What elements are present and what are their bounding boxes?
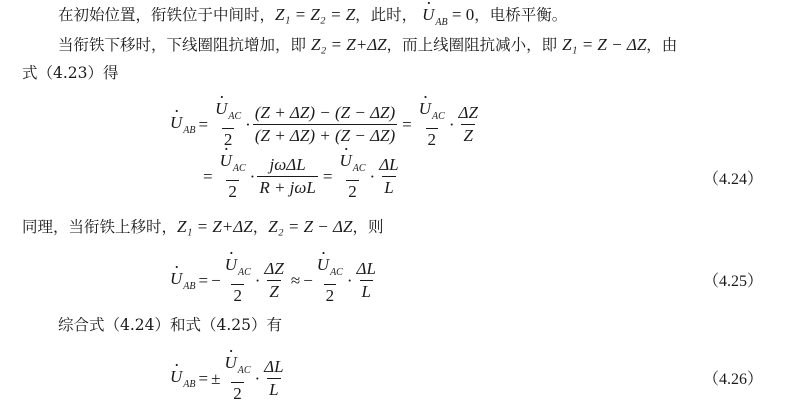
paragraph-initial-position: 在初始位置，衔铁位于中间时，Z₁ = Z₂ = Z，此时， UAB = 0，电桥…: [58, 4, 567, 34]
fraction-delta-z-ratio: (Z + ΔZ) − (Z − ΔZ)(Z + ΔZ) + (Z − ΔZ): [253, 102, 397, 147]
numerator: jωΔL: [268, 154, 308, 176]
numerator: ΔL: [355, 258, 378, 280]
equals: =: [323, 167, 333, 187]
equals: =: [199, 271, 209, 291]
fraction-dl-over-l: ΔLL: [355, 258, 378, 303]
denominator: 2: [324, 284, 337, 307]
plus-minus: ±: [211, 369, 220, 389]
subscript: AC: [238, 267, 251, 278]
math-z1: Z₁ = Z − ΔZ: [562, 35, 646, 54]
minus: −: [303, 271, 313, 291]
numerator: ΔL: [262, 356, 285, 378]
fraction-uac-over-2: UAC2: [417, 98, 447, 151]
fraction-uac-over-2: UAC2: [315, 254, 345, 307]
subscript: AC: [238, 365, 251, 376]
dot-operator: ·: [347, 271, 353, 291]
subscript: AC: [330, 267, 343, 278]
equation-number-426: （4.26）: [703, 366, 763, 389]
equation-424-line1: UAB = UAC2 · (Z + ΔZ) − (Z − ΔZ)(Z + ΔZ)…: [170, 98, 482, 151]
denominator: 2: [346, 180, 359, 203]
math-uab-zero: UAB = 0: [422, 5, 474, 24]
equals: =: [199, 115, 209, 135]
u-dot: U: [422, 4, 434, 26]
value: = 0: [452, 5, 474, 24]
denominator: L: [382, 176, 395, 199]
math-z2: Z₂ = Z+ΔZ: [311, 35, 387, 54]
numerator: ΔZ: [457, 102, 480, 124]
equals: =: [203, 167, 213, 187]
denominator: Z: [267, 280, 280, 303]
dot-operator: ·: [449, 115, 455, 135]
text: 综合式（4.24）和式（4.25）有: [58, 316, 282, 334]
math-z1: Z₁ = Z+ΔZ: [177, 217, 253, 236]
subscript: AB: [183, 379, 195, 390]
u-dot: U: [339, 150, 351, 172]
numerator: ΔL: [377, 154, 400, 176]
text: ，由: [646, 36, 677, 54]
dot-operator: ·: [245, 115, 251, 135]
dot-operator: ·: [255, 369, 261, 389]
text: 式（4.23）得: [22, 64, 119, 82]
dot-operator: ·: [370, 167, 376, 187]
paragraph-combine: 综合式（4.24）和式（4.25）有: [58, 314, 282, 336]
u-dot: U: [317, 254, 329, 276]
text: ，而上线圈阻抗减小，即: [387, 36, 562, 54]
subscript: AB: [183, 125, 195, 136]
denominator: L: [360, 280, 373, 303]
u-dot: U: [170, 269, 182, 289]
dot-operator: ·: [255, 271, 261, 291]
fraction-uac-over-2: UAC2: [218, 150, 248, 203]
text: 当衔铁下移时，下线圈阻抗增加，即: [58, 36, 311, 54]
lhs-uab: UAB: [170, 113, 196, 136]
equals: =: [402, 115, 412, 135]
numerator: ΔZ: [262, 258, 285, 280]
text: ，电桥平衡。: [474, 6, 567, 24]
lhs-uab: UAB: [170, 367, 196, 390]
fraction-dz-over-z: ΔZZ: [262, 258, 285, 303]
fraction-dl-over-l: ΔLL: [262, 356, 285, 401]
text: 同理，当衔铁上移时，: [22, 218, 177, 236]
fraction-uac-over-2: UAC2: [337, 150, 367, 203]
u-dot: U: [170, 113, 182, 133]
dot-operator: ·: [250, 167, 256, 187]
equation-number-424: （4.24）: [703, 166, 763, 189]
denominator: (Z + ΔZ) + (Z − ΔZ): [253, 124, 397, 147]
subscript: AB: [435, 17, 447, 28]
equation-424-line2: = UAC2 · jωΔLR + jωL = UAC2 · ΔLL: [200, 150, 403, 203]
text: 在初始位置，衔铁位于中间时，: [58, 6, 275, 24]
u-dot: U: [419, 98, 431, 120]
denominator: 2: [231, 382, 244, 405]
text: ，: [253, 218, 269, 236]
denominator: 2: [231, 284, 244, 307]
paragraph-ref-423: 式（4.23）得: [22, 62, 119, 84]
denominator: Z: [461, 124, 474, 147]
fraction-jwdl: jωΔLR + jωL: [257, 154, 318, 199]
minus: −: [211, 271, 221, 291]
subscript: AC: [233, 163, 246, 174]
text: ，此时，: [355, 6, 417, 24]
u-dot: U: [224, 352, 236, 374]
fraction-dl-over-l: ΔLL: [377, 154, 400, 199]
denominator: L: [267, 378, 280, 401]
paragraph-armature-up: 同理，当衔铁上移时，Z₁ = Z+ΔZ，Z₂ = Z − ΔZ，则: [22, 216, 383, 238]
denominator: 2: [226, 180, 239, 203]
fraction-uac-over-2: UAC2: [222, 352, 252, 405]
text: ，则: [352, 218, 383, 236]
equation-426: UAB = ± UAC2 · ΔLL: [170, 352, 288, 405]
subscript: AB: [183, 281, 195, 292]
math-z-equal: Z₁ = Z₂ = Z: [275, 5, 355, 24]
math-z2: Z₂ = Z − ΔZ: [268, 217, 352, 236]
u-dot: U: [225, 254, 237, 276]
equals: =: [199, 369, 209, 389]
fraction-uac-over-2: UAC2: [223, 254, 253, 307]
fraction-dz-over-z: ΔZZ: [457, 102, 480, 147]
equation-number-425: （4.25）: [703, 268, 763, 291]
paragraph-armature-down: 当衔铁下移时，下线圈阻抗增加，即 Z₂ = Z+ΔZ，而上线圈阻抗减小，即 Z₁…: [58, 34, 677, 56]
lhs-uab: UAB: [170, 269, 196, 292]
numerator: (Z + ΔZ) − (Z − ΔZ): [253, 102, 397, 124]
u-dot: U: [170, 367, 182, 387]
denominator: 2: [426, 128, 439, 151]
denominator: R + jωL: [257, 176, 318, 199]
approx: ≈: [291, 271, 300, 291]
subscript: AC: [228, 111, 241, 122]
u-dot: U: [215, 98, 227, 120]
subscript: AC: [353, 163, 366, 174]
equation-425: UAB = − UAC2 · ΔZZ ≈ − UAC2 · ΔLL: [170, 254, 380, 307]
subscript: AC: [432, 111, 445, 122]
u-dot: U: [220, 150, 232, 172]
